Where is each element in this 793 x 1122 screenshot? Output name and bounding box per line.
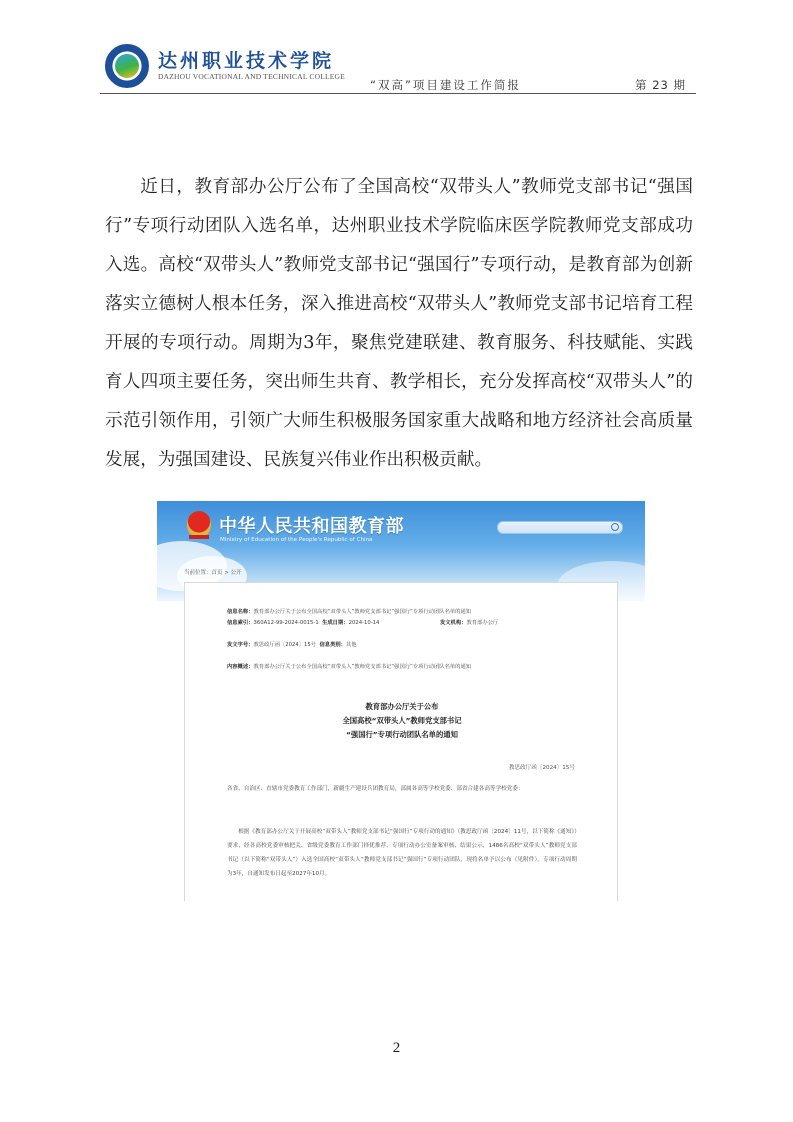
meta-value: 教思政厅函〔2024〕15号 <box>254 642 317 648</box>
meta-value: 教育部办公厅 <box>467 620 499 626</box>
national-emblem-base <box>189 535 209 539</box>
meta-value: 360A12-99-2024-0015-1 <box>254 620 319 626</box>
page-header: 达州职业技术学院 DAZHOU VOCATIONAL AND TECHNICAL… <box>100 40 696 94</box>
meta-label: 内容概述： <box>227 664 254 670</box>
meta-label: 发文字号： <box>227 642 254 648</box>
meta-value: 其他 <box>346 642 357 648</box>
ministry-search-input <box>497 521 623 534</box>
issue-number: 第 23 期 <box>635 77 686 93</box>
header-divider <box>100 93 696 94</box>
ministry-title-en: Ministry of Education of the People's Re… <box>220 537 373 543</box>
meta-label: 信息索引： <box>227 620 254 626</box>
meta-label: 信息名称： <box>227 609 254 615</box>
college-name-en: DAZHOU VOCATIONAL AND TECHNICAL COLLEGE <box>158 72 345 81</box>
page-number: 2 <box>0 1040 793 1057</box>
meta-value: 教育部办公厅关于公布全国高校“双带头人”教师党支部书记“强国行”专项行动团队名单… <box>254 664 472 670</box>
college-name-cn: 达州职业技术学院 <box>158 46 334 73</box>
search-icon <box>611 523 619 531</box>
meta-label: 信息类别： <box>319 642 346 648</box>
ministry-breadcrumb: 当前位置：首页 > 公开 <box>184 568 242 576</box>
notice-document: 信息名称：教育部办公厅关于公布全国高校“双带头人”教师党支部书记“强国行”专项行… <box>184 582 618 901</box>
meta-value: 教育部办公厅关于公布全国高校“双带头人”教师党支部书记“强国行”专项行动团队名单… <box>254 609 472 615</box>
notice-title-line: 全国高校“双带头人”教师党支部书记 <box>185 714 619 728</box>
notice-addressee: 各省、自治区、直辖市党委教育工作部门，新疆生产建设兵团教育局，部属各高等学校党委… <box>227 782 577 796</box>
notice-title: 教育部办公厅关于公布 全国高校“双带头人”教师党支部书记 “强国行”专项行动团队… <box>185 700 619 742</box>
bulletin-title: “双高”项目建设工作简报 <box>370 77 521 93</box>
notice-title-line: “强国行”专项行动团队名单的通知 <box>185 728 619 742</box>
notice-title-line: 教育部办公厅关于公布 <box>185 700 619 714</box>
embedded-screenshot: 中华人民共和国教育部 Ministry of Education of the … <box>157 501 645 901</box>
article-paragraph: 近日，教育部办公厅公布了全国高校“双带头人”教师党支部书记“强国行”专项行动团队… <box>105 168 693 480</box>
national-emblem-icon <box>187 511 211 537</box>
meta-label: 发文机构： <box>440 620 467 626</box>
ministry-title-cn: 中华人民共和国教育部 <box>219 512 404 538</box>
notice-doc-number: 教思政厅函〔2024〕15号 <box>509 763 575 771</box>
college-logo-icon <box>105 44 149 88</box>
notice-body: 根据《教育部办公厅关于开展高校“双带头人”教师党支部书记“强国行”专项行动的通知… <box>227 825 577 881</box>
meta-value: 2024-10-14 <box>349 620 380 626</box>
meta-label: 生成日期： <box>322 620 349 626</box>
